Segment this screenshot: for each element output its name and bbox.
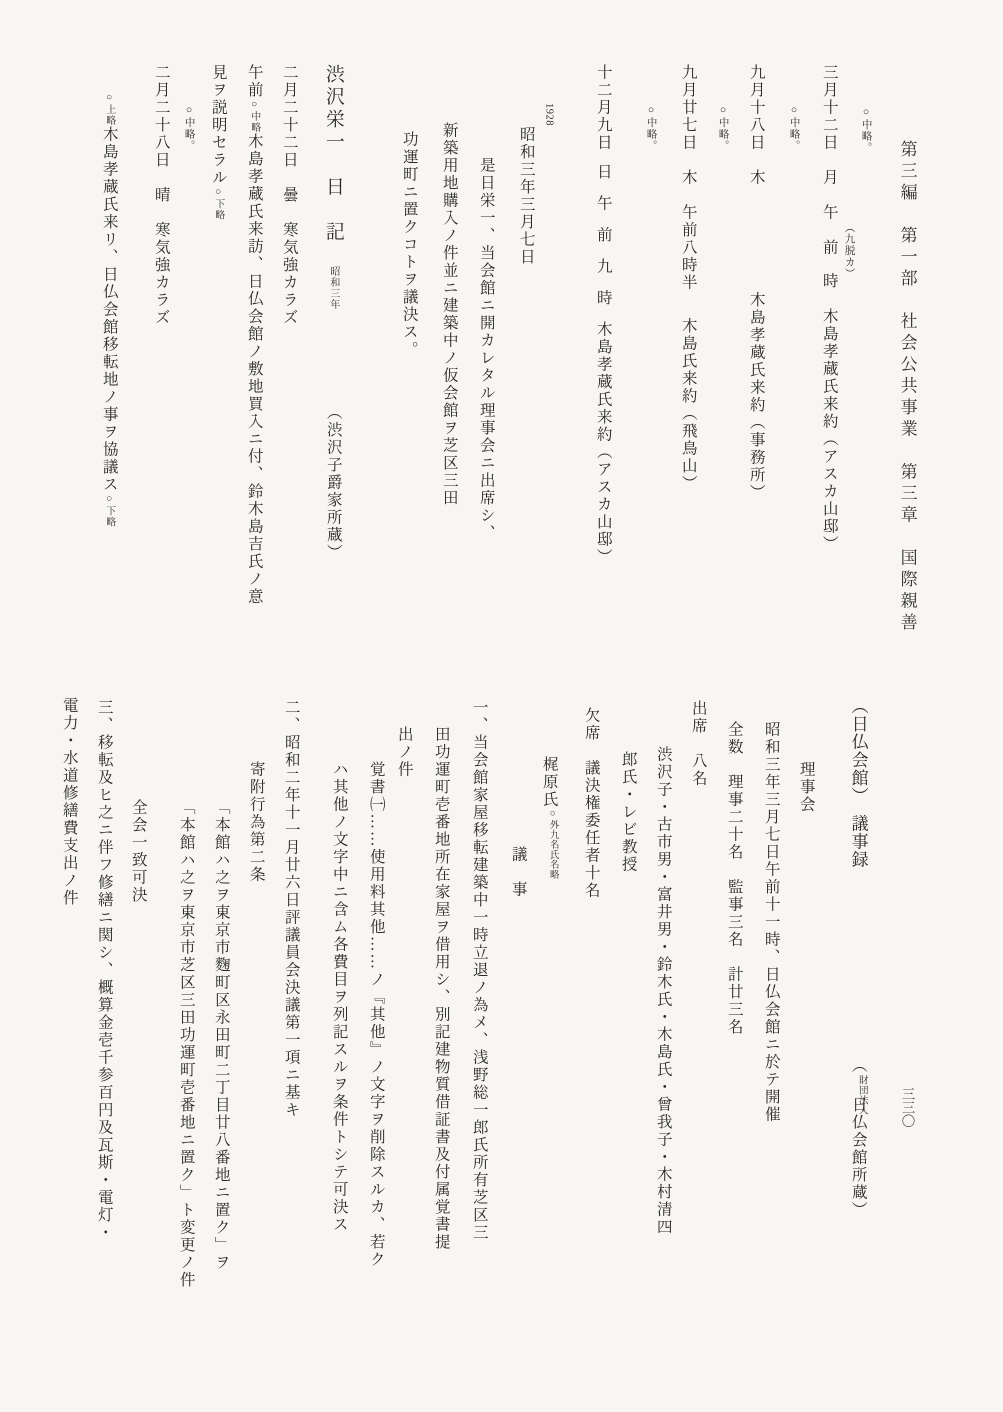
- summary-line: 新築用地購入ノ件並ニ建築中ノ仮会館ヲ芝区三田: [439, 122, 458, 507]
- text-run: 1928: [544, 103, 555, 126]
- spacer: [687, 292, 688, 318]
- inline-annotation: ○外九名氏名略: [547, 809, 558, 851]
- text-run: 木島孝蔵氏来約（アスカ山邸）: [595, 321, 612, 566]
- ellipsis-note: ○中略。: [644, 105, 657, 152]
- text-run: 木島孝蔵氏来約（アスカ山邸）: [821, 308, 838, 553]
- text-run: 全数 理事二十名 監事三名 計廿三名: [726, 721, 743, 1036]
- text-run: 田功運町壱番地所在家屋ヲ借用シ、別記建物質借証書及付属覚書提: [433, 726, 450, 1251]
- summary-line: 功運町ニ置クコトヲ議決ス。: [399, 131, 418, 359]
- text-run: 日: [595, 164, 612, 182]
- diary-entry-feb28: 二月二十八日 晴 寒気強カラズ: [151, 64, 170, 327]
- text-run: 十二月九日: [595, 64, 612, 152]
- text-run: 「本館ハ之ヲ東京市芝区三田功運町壱番地ニ置ク」ト変更ノ件: [178, 799, 195, 1289]
- text-run: 九: [595, 258, 612, 276]
- spacer: [828, 257, 829, 273]
- text-run: ○中略。: [861, 107, 872, 154]
- ellipsis-note: ○中略。: [182, 105, 195, 152]
- text-run: 二月二十二日 曇 寒気強カラズ: [281, 64, 298, 327]
- spacer: [332, 244, 333, 266]
- text-run: 一、当会館家屋移転建築中一時立退ノ為メ、浅野総一郎氏所有芝区三: [471, 699, 488, 1242]
- scanned-page: 第三編 第一部 社会公共事業 第三章 国際親善○中略。三月十二日 月 午 前時木…: [0, 0, 1003, 1412]
- small-annotation: ○下略: [213, 187, 224, 221]
- small-annotation: ○下略: [104, 494, 115, 528]
- spacer: [602, 307, 603, 321]
- source-title: 渋沢栄一 日 記昭和三年: [321, 64, 345, 310]
- page-number: 三三〇: [898, 1087, 915, 1128]
- agenda-item-1: 一、当会館家屋移転建築中一時立退ノ為メ、浅野総一郎氏所有芝区三: [469, 699, 488, 1242]
- spacer: [602, 213, 603, 227]
- diary-entry-dec9: 十二月九日日午前九時木島孝蔵氏来約（アスカ山邸）: [593, 64, 612, 566]
- small-annotation: ○中略: [249, 99, 260, 133]
- text-run: （渋沢子爵家所蔵）: [325, 404, 342, 562]
- text-run: 「本館ハ之ヲ東京市麴町区永田町二丁目廿八番地ニ置ク」ヲ: [213, 799, 230, 1272]
- diary-entry-sep18: 九月十八日 木木島孝蔵氏来約（事務所）: [746, 64, 765, 502]
- agenda-resolution-2: 全会一致可決: [128, 799, 147, 904]
- text-run: 三月十二日 月 午 前: [821, 64, 838, 257]
- text-run: 木島孝蔵氏来約（事務所）: [748, 292, 765, 502]
- text-run: 渋沢子・古市男・富井男・鈴木氏・木島氏・曾我子・木村清四: [655, 746, 672, 1236]
- year-note: 1928: [542, 103, 555, 126]
- text-run: 午前: [246, 64, 263, 99]
- agenda-item-2: 二、昭和二年十一月廿六日評議員会決議第一項ニ基キ: [281, 699, 300, 1119]
- meeting-heading: 理事会: [796, 761, 815, 814]
- source-attribution: （財団法人日仏会館所蔵）: [848, 1057, 867, 1219]
- text-run: 午: [595, 195, 612, 213]
- agenda-resolution-1: 覚書㈠……使用料其他……ノ『其他』ノ文字ヲ削除スルカ、若ク: [366, 761, 385, 1269]
- small-annotation: 昭和三年: [328, 266, 339, 310]
- text-run: 功運町ニ置クコトヲ議決ス。: [401, 131, 418, 359]
- text-run: 二月二十八日 晴 寒気強カラズ: [153, 64, 170, 327]
- spacer: [828, 290, 829, 308]
- text-run: （: [850, 1057, 867, 1075]
- minutes-line: 全数 理事二十名 監事三名 計廿三名: [724, 721, 743, 1036]
- text-run: 議 事: [510, 846, 527, 899]
- text-run: 理事会: [798, 761, 815, 814]
- text-run: 三三〇: [899, 1087, 914, 1128]
- inline-annotation: 財団法人: [856, 1075, 867, 1097]
- diary-entry-feb22: 二月二十二日 曇 寒気強カラズ: [279, 64, 298, 327]
- text-run: 第三編 第一部 社会公共事業 第三章 国際親善: [898, 140, 917, 635]
- text-run: 三、移転及ヒ之ニ伴フ修繕ニ関シ、概算金壱千参百円及瓦斯・電灯・: [96, 699, 113, 1242]
- minutes-line: 欠席 議決権委任者十名: [581, 707, 600, 900]
- source-attribution: （渋沢子爵家所蔵）: [323, 404, 342, 562]
- text-run: 九月十八日 木: [748, 64, 765, 187]
- text-run: （日仏会館） 議事録: [849, 697, 868, 869]
- text-run: 梶原氏: [541, 756, 558, 809]
- diary-entry-mar12: 三月十二日 月 午 前時木島孝蔵氏来約（アスカ山邸）: [819, 64, 838, 553]
- text-run: 電力・水道修繕費支出ノ件: [61, 697, 78, 907]
- diary-line: 見ヲ説明セラル○下略: [208, 64, 227, 221]
- text-run: 寄附行為第二条: [248, 761, 265, 884]
- agenda-item-1: 出ノ件: [394, 726, 413, 779]
- agenda-item-3: 三、移転及ヒ之ニ伴フ修繕ニ関シ、概算金壱千参百円及瓦斯・電灯・: [94, 699, 113, 1242]
- spacer: [602, 152, 603, 164]
- text-run: 渋沢栄一 日 記: [323, 64, 344, 244]
- text-run: 木島孝蔵氏来リ、日仏会館移転地ノ事ヲ協議ス: [101, 126, 118, 494]
- text-run: （九脱カ）: [844, 222, 855, 280]
- document-title: （日仏会館） 議事録: [847, 697, 868, 869]
- minutes-line: 出席 八名: [688, 700, 707, 788]
- agenda-heading: 議 事: [508, 846, 527, 899]
- text-run: ○中略。: [789, 105, 800, 152]
- text-run: 二、昭和二年十一月廿六日評議員会決議第一項ニ基キ: [283, 699, 300, 1119]
- attendee-list: 郎氏・レビ教授: [618, 751, 637, 874]
- spacer: [755, 187, 756, 292]
- text-run: 新築用地購入ノ件並ニ建築中ノ仮会館ヲ芝区三田: [441, 122, 458, 507]
- text-run: 前: [595, 227, 612, 245]
- agenda-resolution-1: ハ其他ノ文字中ニ含ム各費目ヲ列記スルヲ条件トシテ可決ス: [329, 761, 348, 1234]
- text-run: 是日栄一、当会館ニ開カレタル理事会ニ出席シ、: [478, 157, 495, 542]
- small-annotation: ○上略: [104, 92, 115, 126]
- attendee-list: 渋沢子・古市男・富井男・鈴木氏・木島氏・曾我子・木村清四: [653, 746, 672, 1236]
- text-run: 見ヲ説明セラル: [210, 64, 227, 187]
- summary-line: 是日栄一、当会館ニ開カレタル理事会ニ出席シ、: [476, 157, 495, 542]
- text-run: ○中略。: [718, 105, 729, 152]
- text-run: 時: [821, 273, 838, 291]
- text-run: 木島氏来約（飛鳥山）: [680, 318, 697, 493]
- agenda-item-2: 「本館ハ之ヲ東京市芝区三田功運町壱番地ニ置ク」ト変更ノ件: [176, 799, 195, 1289]
- text-run: 時: [595, 290, 612, 308]
- text-run: 日仏会館所蔵）: [850, 1097, 867, 1220]
- kana-gloss-note: （九脱カ）: [842, 222, 855, 280]
- text-run: 出ノ件: [396, 726, 413, 779]
- text-run: ○中略。: [184, 105, 195, 152]
- text-run: 昭和三年三月七日: [518, 126, 535, 266]
- ellipsis-note: ○中略。: [859, 107, 872, 154]
- text-run: 欠席 議決権委任者十名: [583, 707, 600, 900]
- text-run: 昭和三年三月七日午前十一時、日仏会館ニ於テ開催: [763, 721, 780, 1124]
- spacer: [602, 181, 603, 195]
- spacer: [602, 276, 603, 290]
- text-run: 郎氏・レビ教授: [620, 751, 637, 874]
- agenda-item-3: 電力・水道修繕費支出ノ件: [59, 697, 78, 907]
- text-run: 木島孝蔵氏来訪、日仏会館ノ敷地買入ニ付、鈴木島吉氏ノ意: [246, 133, 263, 606]
- ellipsis-note: ○中略。: [716, 105, 729, 152]
- text-run: 九月廿七日 木 午前八時半: [680, 64, 697, 292]
- agenda-item-1: 田功運町壱番地所在家屋ヲ借用シ、別記建物質借証書及付属覚書提: [431, 726, 450, 1251]
- ellipsis-note: ○中略。: [787, 105, 800, 152]
- diary-line: ○上略木島孝蔵氏来リ、日仏会館移転地ノ事ヲ協議ス○下略: [99, 92, 118, 528]
- absentee-line: 梶原氏○外九名氏名略: [539, 756, 558, 851]
- text-run: ハ其他ノ文字中ニ含ム各費目ヲ列記スルヲ条件トシテ可決ス: [331, 761, 348, 1234]
- agenda-item-2: 「本館ハ之ヲ東京市麴町区永田町二丁目廿八番地ニ置ク」ヲ: [211, 799, 230, 1272]
- spacer: [602, 244, 603, 258]
- text-run: 出席 八名: [690, 700, 707, 788]
- diary-line: 午前○中略木島孝蔵氏来訪、日仏会館ノ敷地買入ニ付、鈴木島吉氏ノ意: [244, 64, 263, 606]
- minutes-line: 昭和三年三月七日午前十一時、日仏会館ニ於テ開催: [761, 721, 780, 1124]
- text-run: 覚書㈠……使用料其他……ノ『其他』ノ文字ヲ削除スルカ、若ク: [368, 761, 385, 1269]
- date-heading: 昭和三年三月七日: [516, 126, 535, 266]
- diary-entry-sep27: 九月廿七日 木 午前八時半木島氏来約（飛鳥山）: [678, 64, 697, 493]
- text-run: ○中略。: [646, 105, 657, 152]
- edition-header: 第三編 第一部 社会公共事業 第三章 国際親善: [896, 140, 917, 635]
- text-run: 全会一致可決: [130, 799, 147, 904]
- agenda-item-2: 寄附行為第二条: [246, 761, 265, 884]
